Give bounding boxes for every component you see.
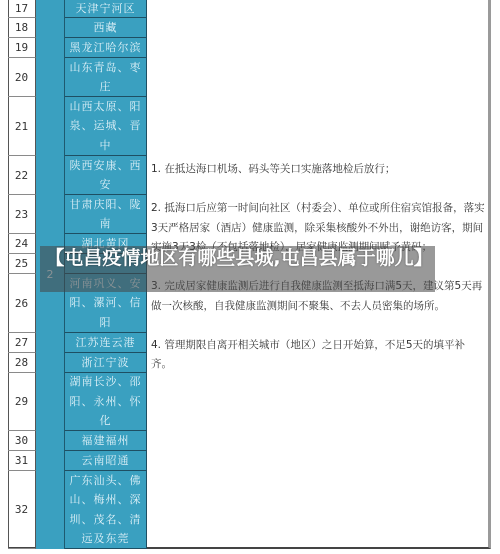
region-cell: 云南昭通 <box>65 451 147 471</box>
region-cell: 山东青岛、枣庄 <box>65 58 147 97</box>
region-cell: 陕西安康、西安 <box>65 156 147 195</box>
region-cell: 西藏 <box>65 18 147 38</box>
row-number: 24 <box>8 234 36 254</box>
row-number: 32 <box>8 471 36 549</box>
row-number: 31 <box>8 451 36 471</box>
row-number: 17 <box>8 0 36 18</box>
region-cell: 甘肃庆阳、陇南 <box>65 195 147 234</box>
row-number: 20 <box>8 58 36 97</box>
row-number: 21 <box>8 97 36 156</box>
overlay-title: 【屯昌疫情地区有哪些县城,屯昌县属于哪儿】 <box>44 247 434 269</box>
region-cell: 福建福州 <box>65 431 147 451</box>
region-cell: 黑龙江哈尔滨 <box>65 38 147 58</box>
note-1: 1. 在抵达海口机场、码头等关口实施落地检后放行； <box>151 160 486 180</box>
region-cell: 广东汕头、佛山、梅州、深圳、茂名、清远及东莞 <box>65 471 147 549</box>
region-cell: 天津宁河区 <box>65 0 147 18</box>
region-cell: 山西太原、阳泉、运城、晋中 <box>65 97 147 156</box>
row-number: 19 <box>8 38 36 58</box>
row-number: 27 <box>8 333 36 353</box>
row-number: 28 <box>8 353 36 373</box>
row-number: 23 <box>8 195 36 234</box>
note-4: 4. 管理期限自离开相关城市（地区）之日开始算，不足5天的填平补齐。 <box>151 336 486 375</box>
row-number: 22 <box>8 156 36 195</box>
row-number: 30 <box>8 431 36 451</box>
region-cell: 江苏连云港 <box>65 333 147 353</box>
row-number: 26 <box>8 274 36 333</box>
region-cell: 湖南长沙、邵阳、永州、怀化 <box>65 373 147 431</box>
row-number: 29 <box>8 373 36 431</box>
row-number: 18 <box>8 18 36 38</box>
region-cell: 浙江宁波 <box>65 353 147 373</box>
row-number: 25 <box>8 254 36 274</box>
